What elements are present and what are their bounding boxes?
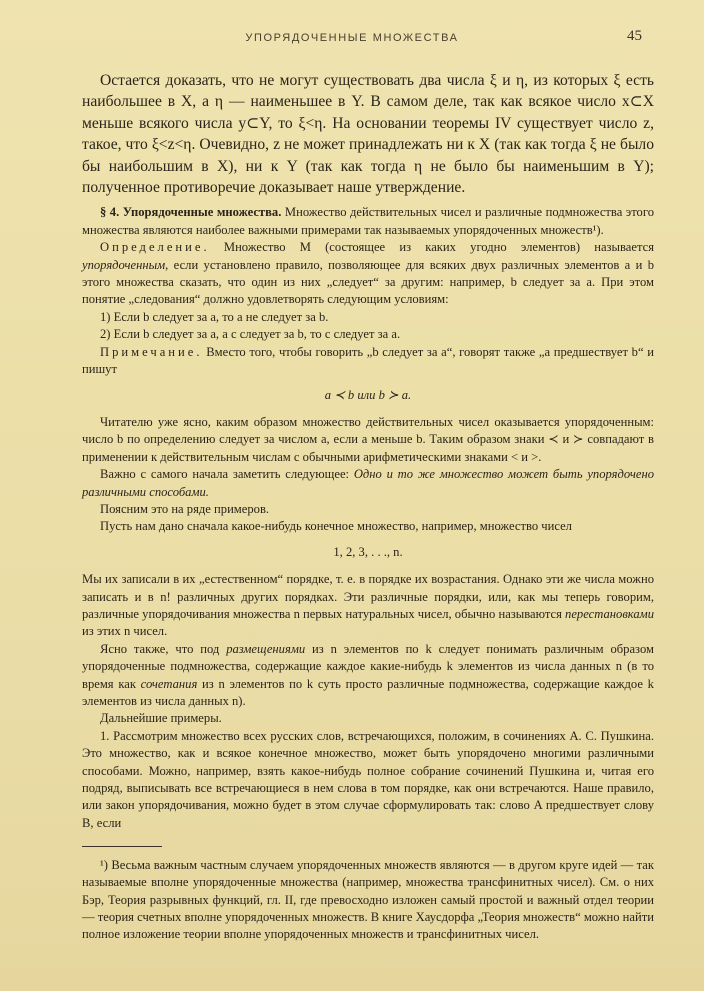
definition-paragraph: Определение. Множество M (состоящее из к… bbox=[82, 239, 654, 309]
reader-paragraph: Читателю уже ясно, каким образом множест… bbox=[82, 414, 654, 466]
formula-order: a ≺ b или b ≻ a. bbox=[82, 387, 654, 404]
remark-paragraph: Примечание. Вместо того, чтобы говорить … bbox=[82, 344, 654, 379]
permutations-text-after: из этих n чисел. bbox=[82, 624, 167, 638]
explain-paragraph: Поясним это на ряде примеров. bbox=[82, 501, 654, 518]
permutations-paragraph: Мы их записали в их „естественном“ поряд… bbox=[82, 571, 654, 641]
footnote-marker: ¹) bbox=[100, 858, 108, 872]
proof-paragraph: Остается доказать, что не могут существо… bbox=[82, 70, 654, 198]
important-paragraph: Важно с самого начала заметить следующее… bbox=[82, 466, 654, 501]
definition-term: упорядоченным bbox=[82, 258, 165, 272]
important-text: Важно с самого начала заметить следующее… bbox=[100, 467, 349, 481]
definition-label: Определение. bbox=[100, 240, 210, 254]
formula-numbers: 1, 2, 3, . . ., n. bbox=[82, 544, 654, 561]
further-examples: Дальнейшие примеры. bbox=[82, 710, 654, 727]
condition-2: 2) Если b следует за a, а c следует за b… bbox=[82, 326, 654, 343]
arrangements-term2: сочетания bbox=[141, 677, 198, 691]
footnote-divider bbox=[82, 846, 162, 847]
main-text: Остается доказать, что не могут существо… bbox=[82, 70, 654, 943]
definition-text-before: Множество M (состоящее из каких угодно э… bbox=[224, 240, 654, 254]
definition-text-after: , если установлено правило, позволяющее … bbox=[82, 258, 654, 307]
arrangements-term1: размещениями bbox=[226, 642, 305, 656]
example-1: 1. Рассмотрим множество всех русских сло… bbox=[82, 728, 654, 832]
permutations-term: перестановками bbox=[565, 607, 654, 621]
finite-set-paragraph: Пусть нам дано сначала какое-нибудь коне… bbox=[82, 518, 654, 535]
footnote: ¹) Весьма важным частным случаем упорядо… bbox=[82, 857, 654, 943]
section-title: Упорядоченные множества. bbox=[123, 205, 282, 219]
running-title: УПОРЯДОЧЕННЫЕ МНОЖЕСТВА bbox=[0, 32, 704, 44]
condition-1: 1) Если b следует за a, то a не следует … bbox=[82, 309, 654, 326]
remark-label: Примечание. bbox=[100, 345, 203, 359]
book-page: УПОРЯДОЧЕННЫЕ МНОЖЕСТВА 45 Остается дока… bbox=[0, 0, 704, 991]
page-number: 45 bbox=[627, 28, 642, 45]
arrangements-paragraph: Ясно также, что под размещениями из n эл… bbox=[82, 641, 654, 711]
section-intro: § 4. Упорядоченные множества. Множество … bbox=[82, 204, 654, 239]
section-number: § 4. bbox=[100, 205, 119, 219]
footnote-text: Весьма важным частным случаем упорядочен… bbox=[82, 858, 654, 941]
arrangements-text1: Ясно также, что под bbox=[100, 642, 219, 656]
